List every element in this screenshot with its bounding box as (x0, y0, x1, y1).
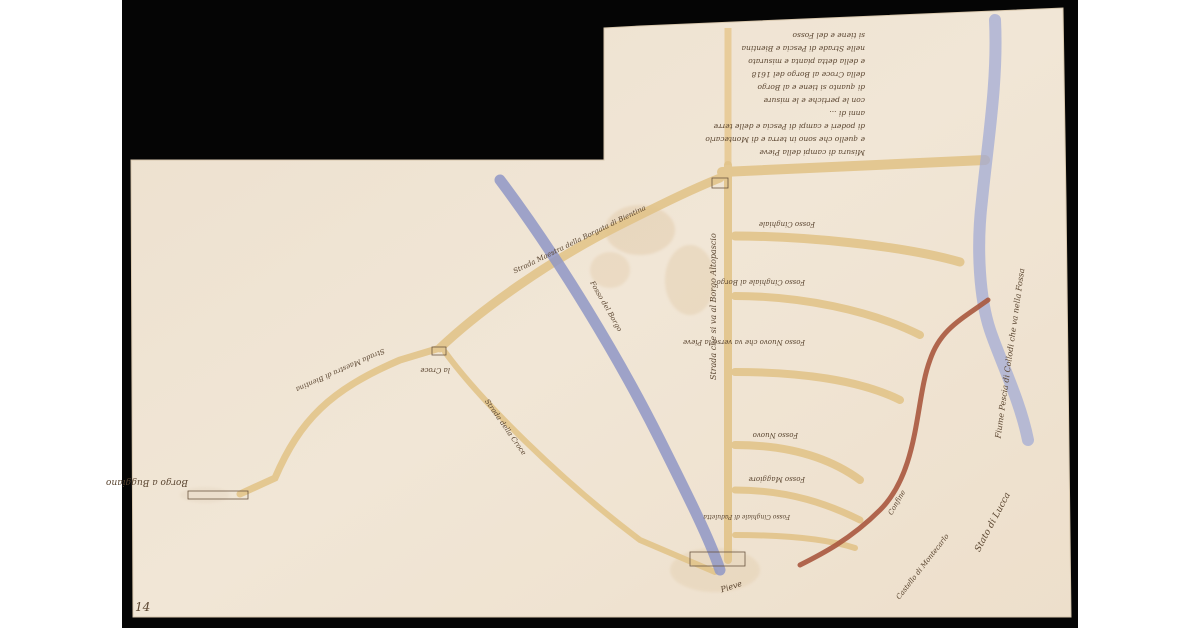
svg-text:nelle Strade di Pescia e Bient: nelle Strade di Pescia e Bientina (742, 44, 865, 53)
svg-text:della Croce al Borgo del 1618: della Croce al Borgo del 1618 (751, 70, 865, 79)
label-ditch-4: Fosso Nuovo (753, 431, 799, 439)
svg-text:di poderi e campi di Pescia e: di poderi e campi di Pescia e delle terr… (713, 122, 865, 131)
label-crossroad: la Croce (420, 366, 450, 374)
label-ditch-6: Fosso Cinghiale di Paduletta (703, 513, 791, 520)
label-town-left: Borgo a Buggiano (105, 477, 189, 487)
svg-text:di quanto si tiene e al Borgo: di quanto si tiene e al Borgo (757, 83, 865, 92)
paper-sheet (131, 8, 1071, 617)
svg-text:si tiene e del Fosso: si tiene e del Fosso (792, 31, 865, 40)
label-folio: 14 (135, 600, 150, 614)
map-canvas: Borgo a Buggiano Strada Maestra di Bient… (0, 0, 1200, 628)
label-ditch-2: Fosso Cinghiale al Borgo (717, 278, 806, 286)
label-ditch-3: Fosso Nuovo che va verso la Pieve (683, 338, 806, 346)
svg-text:anni di ...: anni di ... (829, 109, 865, 118)
label-ditch-5: Fosso Maggiore (748, 475, 806, 483)
label-ditch-1: Fosso Cinghiale (759, 220, 816, 228)
label-canal-vertical: Strada che si va al Borgo Altopascio (709, 233, 718, 380)
svg-text:con le pertiche e le misure: con le pertiche e le misure (763, 96, 865, 105)
svg-text:e quello che sono in terra e d: e quello che sono in terra e di Montecar… (705, 135, 865, 144)
svg-text:Misura di campi della Pieve: Misura di campi della Pieve (759, 148, 866, 157)
svg-text:e della detta pianta e misurat: e della detta pianta e misurato (748, 57, 865, 66)
